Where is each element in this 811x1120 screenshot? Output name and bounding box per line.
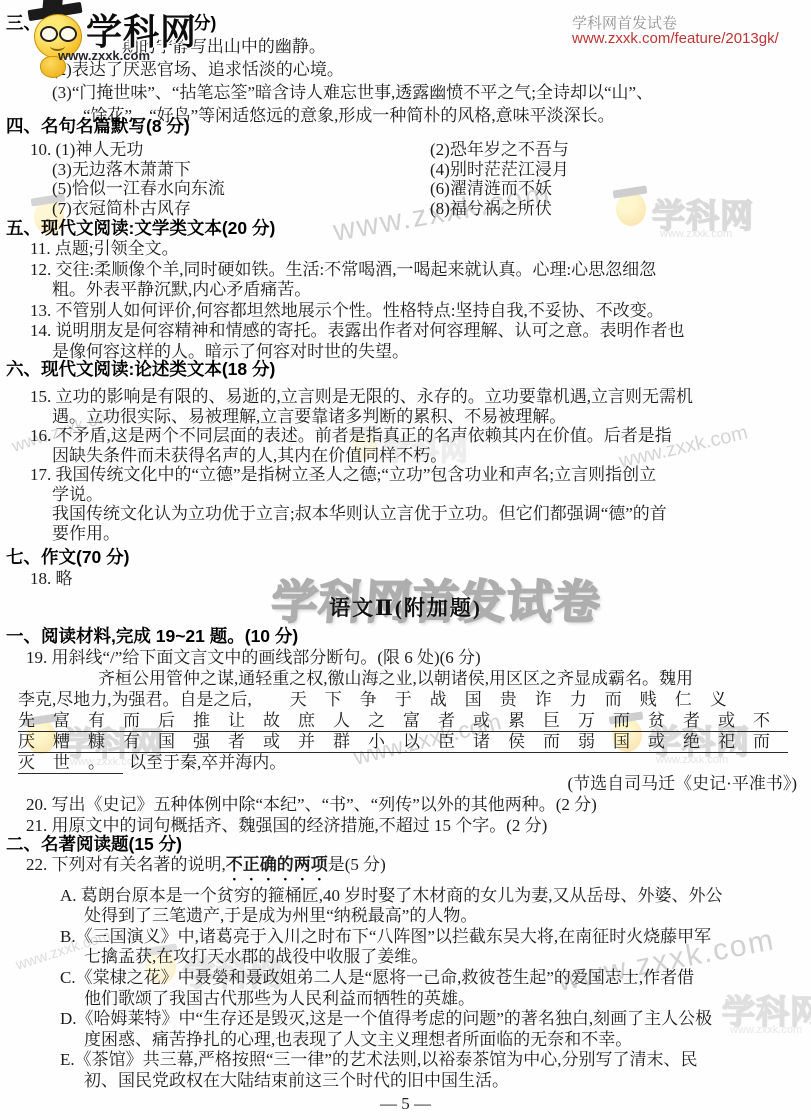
zxxk-logo: 学科网 www.zxxk.com <box>28 4 238 88</box>
answer-17-line3: 我国传统文化认为立功优于立言;叔本华则认立言优于立功。但它们都强调“德”的首 <box>0 504 811 524</box>
section-famous-works: 二、名著阅读题(15 分) 22. 下列对有关名著的说明,不正确的两项是(5 分… <box>0 834 811 1092</box>
question-22-stem: 22. 下列对有关名著的说明,不正确的两项是(5 分) <box>0 855 811 884</box>
answer-11: 11. 点题;引领全文。 <box>0 239 811 260</box>
glasses-icon <box>59 26 77 42</box>
option-a-line2: 处得到了三笔遗产,于是成为州里“纳税最高”的人物。 <box>0 906 811 927</box>
answer-16-line1: 16. 不矛盾,这是两个不同层面的表述。前者是指真正的名声依赖其内在价值。后者是… <box>0 426 811 446</box>
section-4-title: 四、名句名篇默写(8 分) <box>0 116 811 137</box>
answer-16-line2: 因缺失条件而未获得名声的人,其内在价值同样不朽。 <box>0 446 811 466</box>
passage-line4-underlined: 厌糟糠有国强者或并群小以臣诸侯而弱国或绝祀而 <box>0 731 811 752</box>
section-argumentative-text: 六、现代文阅读:论述类文本(18 分) 15. 立功的影响是有限的、易逝的,立言… <box>0 359 811 543</box>
answer-12-line1: 12. 交往:柔顺像个羊,同时硬如铁。生活:不常喝酒,一喝起来就认真。心理:心思… <box>0 260 811 281</box>
answer-13: 13. 不管别人如何评价,何容都坦然地展示个性。性格特点:坚持自我,不妥协、不改… <box>0 301 811 322</box>
option-b-line2: 七擒孟获,在攻打天水郡的战役中收服了姜维。 <box>0 947 811 968</box>
part2-section-1-title: 一、阅读材料,完成 19~21 题。(10 分) <box>0 626 811 647</box>
answer-17-line4: 要作用。 <box>0 524 811 544</box>
part2-title: 语文Ⅱ(附加题) <box>329 596 482 620</box>
part2-section-2-title: 二、名著阅读题(15 分) <box>0 834 811 855</box>
answer-18: 18. 略 <box>0 568 811 590</box>
answer-17-line2: 学说。 <box>0 485 811 505</box>
passage-line1: 齐桓公用管仲之谋,通轻重之权,徼山海之业,以朝诸侯,用区区之齐显成霸名。魏用 <box>0 668 811 689</box>
option-a-line1: A. 葛朗台原本是一个贫穷的箍桶匠,40 岁时娶了木材商的女儿为妻,又从岳母、外… <box>0 886 811 907</box>
option-e-line2: 初、国民党政权在大陆结束前这三个时代的旧中国生活。 <box>0 1071 811 1092</box>
passage-source: (节选自司马迁《史记·平准书》) <box>0 773 811 794</box>
answer-10-row: (5)恰似一江春水向东流(6)濯清涟而不妖 <box>0 179 811 199</box>
passage-line2: 李克,尽地力,为强君。自是之后,天下争于战国贵诈力而贱仁义 <box>0 689 811 710</box>
section-composition: 七、作文(70 分) 18. 略 <box>0 546 811 590</box>
question-20: 20. 写出《史记》五种体例中除“本纪”、“书”、“列传”以外的其他两种。(2 … <box>0 794 811 815</box>
answer-10-row: (7)衣冠简朴古风存(8)福兮祸之所伏 <box>0 199 811 219</box>
answer-17-line1: 17. 我国传统文化中的“立德”是指树立圣人之德;“立功”包含功业和声名;立言则… <box>0 465 811 485</box>
page-number: — 5 — <box>0 1094 811 1114</box>
option-e-line1: E.《茶馆》共三幕,严格按照“三一律”的艺术法则,以裕泰茶馆为中心,分别写了清末… <box>0 1050 811 1071</box>
answer-15-line2: 遇。立功很实际、易被理解,立言要靠诸多判断的累积、不易被理解。 <box>0 407 811 427</box>
part2-title-row: 语文Ⅱ(附加题) <box>0 592 811 622</box>
option-d-line1: D.《哈姆莱特》中“生存还是毁灭,这是一个值得考虑的问题”的著名独白,刻画了主人… <box>0 1009 811 1030</box>
option-b-line1: B.《三国演义》中,诸葛亮于入川之时布下“八阵图”以拦截东吴大将,在南征时火烧藤… <box>0 927 811 948</box>
passage-line5: 灭世。以至于秦,卒并海内。 <box>0 752 811 773</box>
section-literary-text: 五、现代文阅读:文学类文本(20 分) 11. 点题;引领全文。 12. 交往:… <box>0 218 811 363</box>
zxxk-url-text: www.zxxk.com <box>58 48 150 63</box>
question-22-emphasis: 不正确的两项 <box>226 855 328 874</box>
option-d-line2: 度困惑、痛苦挣扎的心理,也表现了人文主义理想者所面临的无奈和不幸。 <box>0 1030 811 1051</box>
section-5-title: 五、现代文阅读:文学类文本(20 分) <box>0 218 811 239</box>
answer-10-row: 10. (1)神人无功(2)恐年岁之不吾与 <box>0 140 811 160</box>
site-header-url: www.zxxk.com/feature/2013gk/ <box>572 30 779 47</box>
passage-line3-underlined: 先富有而后推让故庶人之富者或累巨万而贫者或不 <box>0 710 811 731</box>
option-c-line2: 他们歌颂了我国古代那些为人民利益而牺牲的英雄。 <box>0 989 811 1010</box>
option-c-line1: C.《棠棣之花》中聂嫈和聂政姐弟二人是“愿将一己命,救彼苍生起”的爱国志士,作者… <box>0 968 811 989</box>
answer-15-line1: 15. 立功的影响是有限的、易逝的,立言则是无限的、永存的。立功要靠机遇,立言则… <box>0 387 811 407</box>
question-21: 21. 用原文中的词句概括齐、魏强国的经济措施,不超过 15 个字。(2 分) <box>0 815 811 836</box>
section-6-title: 六、现代文阅读:论述类文本(18 分) <box>0 359 811 380</box>
answer-14-line1: 14. 说明朋友是何容精神和情感的寄托。表露出作者对何容理解、认可之意。表明作者… <box>0 321 811 342</box>
section-7-title: 七、作文(70 分) <box>0 546 811 568</box>
glasses-icon <box>40 26 58 42</box>
answer-12-line2: 粗。外表平静沉默,内心矛盾痛苦。 <box>0 280 811 301</box>
zxxk-mascot-icon <box>28 4 88 80</box>
section-dictation: 四、名句名篇默写(8 分) 10. (1)神人无功(2)恐年岁之不吾与 (3)无… <box>0 116 811 218</box>
scanned-exam-page: www.zxxk.com 学科网 www.zxxk.com www.zxxk.c… <box>0 0 811 1120</box>
question-19: 19. 用斜线“/”给下面文言文中的画线部分断句。(限 6 处)(6 分) <box>0 647 811 668</box>
answer-10-row: (3)无边落木萧萧下(4)别时茫茫江浸月 <box>0 160 811 180</box>
section-reading-material: 一、阅读材料,完成 19~21 题。(10 分) 19. 用斜线“/”给下面文言… <box>0 626 811 836</box>
